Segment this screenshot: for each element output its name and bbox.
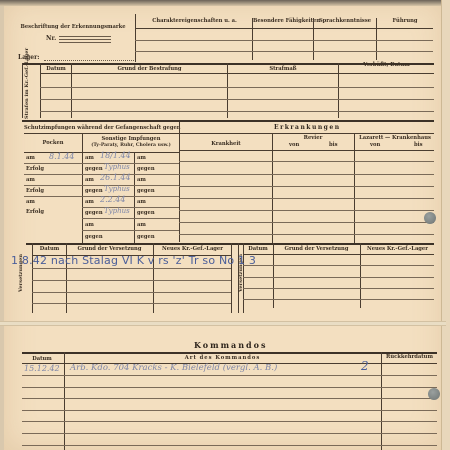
- rule: [135, 28, 433, 29]
- rule: [24, 163, 179, 164]
- rule: [22, 387, 437, 388]
- rule: [40, 87, 434, 88]
- rule: [243, 277, 434, 278]
- row-label: am: [85, 199, 94, 205]
- rule: [179, 222, 434, 223]
- vaccine-type: Typhus: [104, 185, 130, 193]
- rule: [135, 40, 433, 41]
- col-skills: Besondere Fähigkeiten: [253, 18, 313, 24]
- col-t-reason-2: Grund der Versetzung: [274, 246, 359, 252]
- rule: [40, 111, 434, 112]
- rule: [179, 133, 434, 134]
- rule: [22, 398, 437, 399]
- vaccine-type: Typhus: [104, 163, 130, 171]
- row-label: gegen: [85, 234, 103, 240]
- col-p-sentence: Strafmaß: [228, 66, 338, 72]
- rule: [32, 303, 231, 304]
- col-pocken: Pocken: [24, 140, 82, 146]
- pocken-date: 8.1.44: [49, 152, 74, 161]
- divider: [252, 18, 253, 60]
- row-label: am: [137, 222, 146, 228]
- row-label: am: [26, 177, 35, 183]
- rule: [22, 445, 437, 446]
- row-label: gegen: [137, 166, 155, 172]
- rule: [243, 265, 434, 266]
- col-conduct: Führung: [377, 18, 433, 24]
- rule: [179, 234, 434, 235]
- col-k-type: Art des Kommandos: [65, 355, 380, 361]
- illnesses-title: Erkrankungen: [274, 124, 341, 131]
- row-label: am: [85, 222, 94, 228]
- nr-field-line: [59, 39, 111, 40]
- row-label: am: [85, 177, 94, 183]
- col-t-camp: Neues Kr.-Gef.-Lager: [154, 246, 231, 252]
- rule: [243, 299, 434, 300]
- col-t-camp-2: Neues Kr.-Gef.-Lager: [361, 246, 434, 252]
- rule: [179, 186, 434, 187]
- col-p-reason: Grund der Bestrafung: [72, 66, 227, 72]
- rule: [22, 433, 437, 434]
- nr-label: Nr.: [46, 35, 56, 42]
- rule: [32, 268, 231, 269]
- col-illness: Krankheit: [180, 141, 272, 147]
- vaccine-type: Typhus: [104, 207, 130, 215]
- col-k-return: Rückkehrdatum: [382, 354, 437, 360]
- row-label: gegen: [85, 210, 103, 216]
- rule: [40, 73, 434, 74]
- scan-edge-top: [0, 0, 450, 6]
- row-label: am: [137, 177, 146, 183]
- col-hospital-from: von: [370, 142, 380, 148]
- vaccine-date: 2.2.44: [100, 195, 125, 204]
- row-label: Erfolg: [26, 209, 44, 215]
- row-label: am: [137, 199, 146, 205]
- rule: [135, 51, 433, 52]
- col-languages: Sprachkenntnisse: [314, 18, 376, 24]
- pow-record-card: Beschriftung der Erkennungsmarke Nr. Lag…: [4, 0, 444, 450]
- card-fold: [0, 321, 446, 326]
- row-label: am: [26, 155, 35, 161]
- col-other-vaccines-sub: (Ty-Paraty, Ruhr, Cholera usw.): [83, 143, 179, 148]
- col-p-date: Datum: [41, 66, 71, 72]
- row-label: Erfolg: [26, 188, 44, 194]
- row-label: gegen: [137, 188, 155, 194]
- rule: [22, 352, 437, 354]
- tag-label: Beschriftung der Erkennungsmarke: [14, 24, 132, 30]
- col-t-reason: Grund der Versetzung: [67, 246, 152, 252]
- vaccine-date: 26.1.44: [100, 173, 131, 182]
- col-character: Charaktereigenschaften u. a.: [137, 18, 252, 24]
- rule: [82, 230, 179, 231]
- rule: [32, 280, 231, 281]
- col-t-date: Datum: [33, 246, 66, 252]
- col-t-date-2: Datum: [244, 246, 272, 252]
- rule: [82, 218, 179, 219]
- row-label: gegen: [137, 210, 155, 216]
- divider: [82, 133, 83, 243]
- rule: [22, 410, 437, 411]
- rule: [22, 120, 434, 122]
- punch-hole: [424, 212, 436, 224]
- row-label: gegen: [137, 234, 155, 240]
- rule: [26, 243, 434, 245]
- rule: [32, 292, 231, 293]
- punch-hole: [428, 388, 440, 400]
- row-label: Erfolg: [26, 166, 44, 172]
- rule: [179, 210, 434, 211]
- rule: [82, 207, 179, 208]
- col-sickbay-from: von: [289, 142, 299, 148]
- vaccinations-title: Schutzimpfungen während der Gefangenscha…: [24, 125, 179, 131]
- divider: [381, 352, 382, 450]
- transfer-stamp: 1.8.42 nach Stalag VI K v rs 'z' Tr so N…: [11, 254, 256, 267]
- rule: [243, 254, 434, 255]
- kommando-date: 15.12.42: [24, 364, 60, 373]
- row-label: gegen: [85, 188, 103, 194]
- lager-field: [44, 60, 134, 61]
- divider: [376, 18, 377, 60]
- scan-edge-right: [441, 0, 450, 450]
- row-label: am: [137, 155, 146, 161]
- rule: [179, 174, 434, 175]
- col-hospital-to: bis: [414, 142, 423, 148]
- col-k-date: Datum: [22, 356, 62, 362]
- divider: [135, 14, 136, 62]
- rule: [179, 161, 434, 162]
- rule: [22, 421, 437, 422]
- col-sickbay-to: bis: [329, 142, 338, 148]
- row-label: gegen: [85, 166, 103, 172]
- rule: [24, 133, 179, 134]
- rule: [179, 198, 434, 199]
- row-label: am: [26, 199, 35, 205]
- rule: [40, 99, 434, 100]
- rule: [24, 185, 179, 186]
- col-sickbay: Revier: [273, 135, 353, 141]
- kommando-text: Arb. Kdo. 704 Kracks - K. Bielefeld (ver…: [70, 363, 277, 373]
- divider: [313, 18, 314, 60]
- col-hospital: Lazarett — Krankenhaus: [355, 135, 435, 141]
- divider: [179, 122, 180, 242]
- divider: [338, 63, 339, 118]
- col-p-served: Verbüßt, Datum: [339, 62, 434, 68]
- rule: [22, 375, 437, 376]
- kommando-mark: 2: [361, 359, 369, 373]
- row-label: am: [85, 155, 94, 161]
- divider: [64, 352, 65, 450]
- punishments-side-label: Strafen im Kr.-Gef.-Lager: [24, 59, 30, 119]
- col-other-vaccines: Sonstige Impfungen: [83, 136, 179, 142]
- divider: [22, 63, 23, 118]
- rule: [243, 288, 434, 289]
- rule: [179, 150, 434, 151]
- vaccine-date: 18/1.44: [100, 151, 131, 160]
- kommandos-title: Kommandos: [194, 340, 267, 350]
